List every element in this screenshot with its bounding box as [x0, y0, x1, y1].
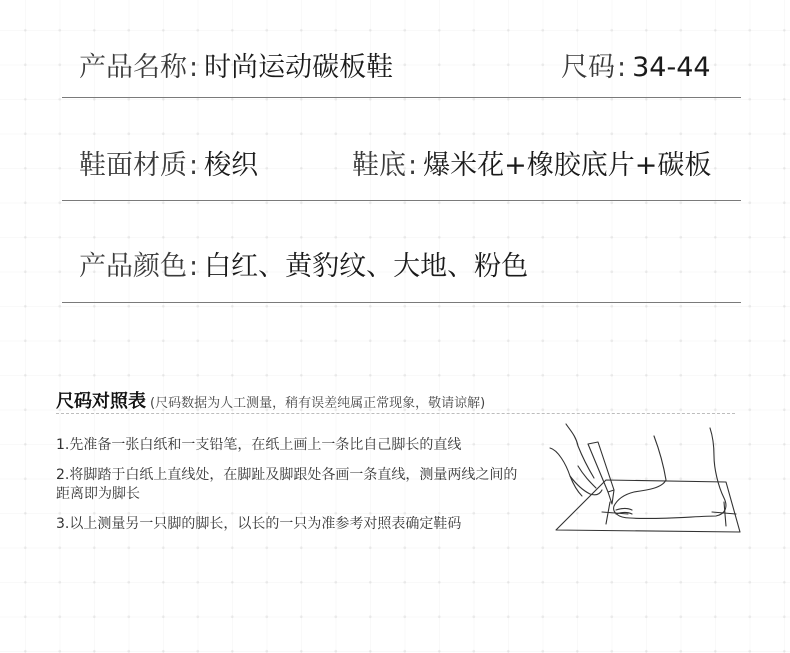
step-1: 1.先准备一张白纸和一支铅笔，在纸上画上一条比自己脚长的直线: [56, 436, 526, 455]
upper-material-field: 鞋面材质:梭织: [79, 152, 258, 179]
sole-field: 鞋底:爆米花+橡胶底片+碳板: [352, 152, 711, 179]
size-range-label: 尺码: [561, 52, 615, 83]
colon: :: [408, 150, 417, 181]
upper-material-label: 鞋面材质: [79, 150, 187, 181]
step-3: 3.以上测量另一只脚的脚长，以长的一只为准参考对照表确定鞋码: [56, 515, 526, 534]
upper-material-value: 梭织: [204, 150, 258, 181]
dashed-divider: [56, 413, 735, 414]
measurement-steps: 1.先准备一张白纸和一支铅笔，在纸上画上一条比自己脚长的直线 2.将脚踏于白纸上…: [56, 436, 526, 545]
size-chart-note: (尺码数据为人工测量，稍有误差纯属正常现象，敬请谅解): [150, 396, 485, 411]
size-chart-heading: 尺码对照表(尺码数据为人工测量，稍有误差纯属正常现象，敬请谅解): [56, 387, 485, 413]
colon: :: [189, 150, 198, 181]
colon: :: [189, 52, 198, 83]
foot-measurement-illustration-icon: [548, 418, 748, 536]
product-name-field: 产品名称:时尚运动碳板鞋: [79, 54, 393, 81]
sole-value: 爆米花+橡胶底片+碳板: [423, 150, 711, 181]
colors-value: 白红、黄豹纹、大地、粉色: [204, 251, 528, 282]
product-name-value: 时尚运动碳板鞋: [204, 52, 393, 83]
colon: :: [617, 52, 626, 83]
colors-field: 产品颜色:白红、黄豹纹、大地、粉色: [79, 253, 528, 280]
colon: :: [189, 251, 198, 282]
size-chart-title: 尺码对照表: [56, 391, 146, 412]
colors-label: 产品颜色: [79, 251, 187, 282]
sole-label: 鞋底: [352, 150, 406, 181]
product-name-label: 产品名称: [79, 52, 187, 83]
size-range-value: 34-44: [632, 52, 710, 83]
step-2: 2.将脚踏于白纸上直线处，在脚趾及脚跟处各画一条直线，测量两线之间的距离即为脚长: [56, 466, 526, 504]
size-range-field: 尺码:34-44: [561, 54, 711, 81]
